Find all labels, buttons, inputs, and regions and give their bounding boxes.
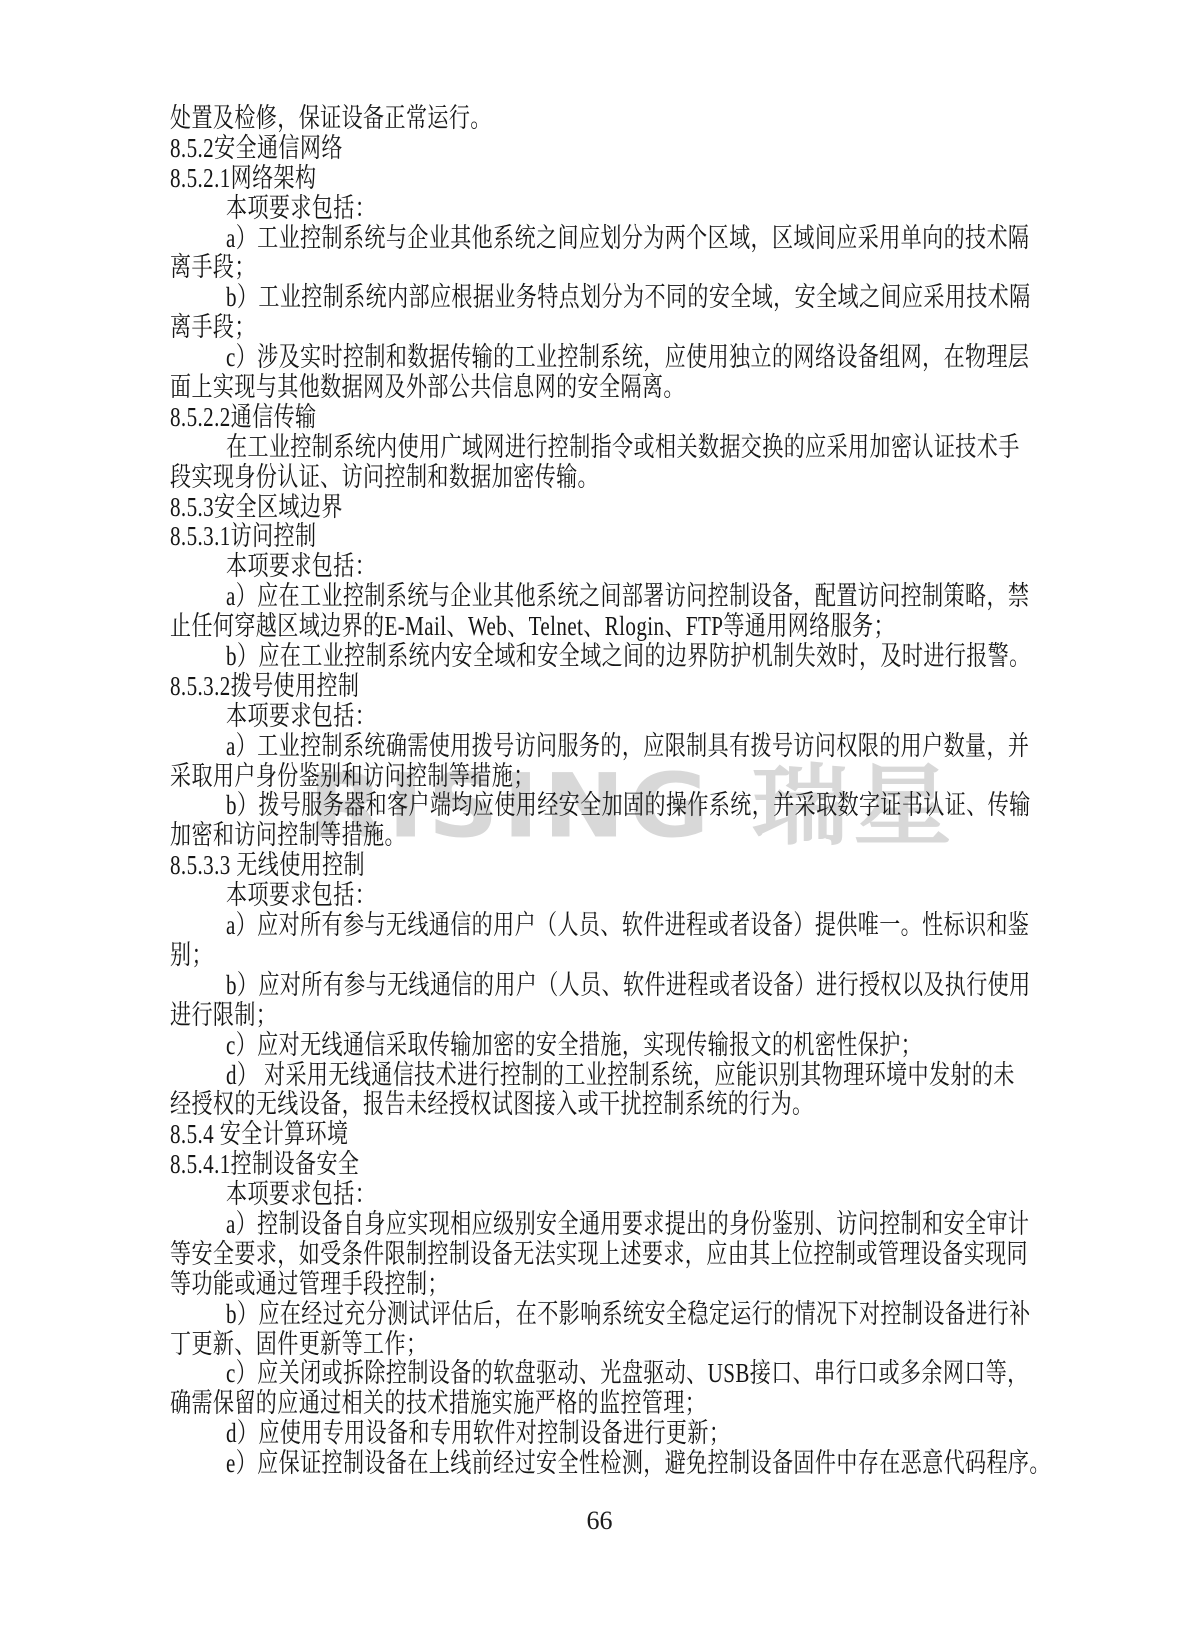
text-line: c）应对无线通信采取传输加密的安全措施，实现传输报文的机密性保护； (170, 1031, 1110, 1061)
text-line-content: c）应对无线通信采取传输加密的安全措施，实现传输报文的机密性保护； (226, 1031, 922, 1061)
text-line-content: 本项要求包括： (226, 881, 376, 911)
text-line-content: 经授权的无线设备，报告未经授权试图接入或干扰控制系统的行为。 (170, 1090, 814, 1120)
text-line-content: a）应在工业控制系统与企业其他系统之间部署访问控制设备，配置访问控制策略，禁 (226, 582, 1029, 612)
document-page: RISING 瑞星 处置及检修，保证设备正常运行。8.5.2安全通信网络8.5.… (0, 0, 1199, 1627)
text-line-content: b）应在经过充分测试评估后，在不影响系统安全稳定运行的情况下对控制设备进行补 (226, 1300, 1031, 1330)
text-line-content: 离手段； (170, 253, 256, 283)
text-line: a）应对所有参与无线通信的用户（人员、软件进程或者设备）提供唯一。性标识和鉴 (170, 911, 1110, 941)
text-line-content: a）控制设备自身应实现相应级别安全通用要求提出的身份鉴别、访问控制和安全审计 (226, 1210, 1029, 1240)
text-line-content: c）应关闭或拆除控制设备的软盘驱动、光盘驱动、USB接口、串行口或多余网口等， (226, 1359, 1029, 1389)
text-line-content: a）工业控制系统与企业其他系统之间应划分为两个区域，区域间应采用单向的技术隔 (226, 224, 1029, 254)
text-line-content: 采取用户身份鉴别和访问控制等措施； (170, 762, 535, 792)
text-line: 离手段； (170, 313, 1110, 343)
text-line: 8.5.4.1控制设备安全 (170, 1150, 1110, 1180)
text-line-content: d）应使用专用设备和专用软件对控制设备进行更新； (226, 1419, 730, 1449)
text-line-content: b）应对所有参与无线通信的用户（人员、软件进程或者设备）进行授权以及执行使用 (226, 971, 1031, 1001)
text-line-content: a）工业控制系统确需使用拨号访问服务的，应限制具有拨号访问权限的用户数量，并 (226, 732, 1029, 762)
text-line: 8.5.2.2通信传输 (170, 403, 1110, 433)
text-line: 本项要求包括： (170, 702, 1110, 732)
text-line: b）拨号服务器和客户端均应使用经安全加固的操作系统，并采取数字证书认证、传输 (170, 791, 1110, 821)
text-line-content: 进行限制； (170, 1001, 277, 1031)
page-number: 66 (0, 1506, 1199, 1536)
text-line-content: 确需保留的应通过相关的技术措施实施严格的监控管理； (170, 1389, 706, 1419)
text-line: 确需保留的应通过相关的技术措施实施严格的监控管理； (170, 1389, 1110, 1419)
text-line-content: 8.5.2.2通信传输 (170, 403, 316, 433)
text-line: b）工业控制系统内部应根据业务特点划分为不同的安全域，安全域之间应采用技术隔 (170, 283, 1110, 313)
text-line: 丁更新、固件更新等工作； (170, 1330, 1110, 1360)
text-line: 本项要求包括： (170, 1180, 1110, 1210)
text-line: b）应在经过充分测试评估后，在不影响系统安全稳定运行的情况下对控制设备进行补 (170, 1300, 1110, 1330)
text-line-content: 别； (170, 941, 213, 971)
text-line-content: 在工业控制系统内使用广域网进行控制指令或相关数据交换的应采用加密认证技术手 (226, 433, 1020, 463)
text-line: c）应关闭或拆除控制设备的软盘驱动、光盘驱动、USB接口、串行口或多余网口等， (170, 1359, 1110, 1389)
text-line: 8.5.3安全区域边界 (170, 493, 1110, 523)
text-line-content: 等功能或通过管理手段控制； (170, 1270, 449, 1300)
text-line: d）应使用专用设备和专用软件对控制设备进行更新； (170, 1419, 1110, 1449)
text-line: a）应在工业控制系统与企业其他系统之间部署访问控制设备，配置访问控制策略，禁 (170, 582, 1110, 612)
text-line-content: d） 对采用无线通信技术进行控制的工业控制系统，应能识别其物理环境中发射的未 (226, 1061, 1015, 1091)
text-line: 处置及检修，保证设备正常运行。 (170, 104, 1110, 134)
text-line: a）控制设备自身应实现相应级别安全通用要求提出的身份鉴别、访问控制和安全审计 (170, 1210, 1110, 1240)
text-line: 等功能或通过管理手段控制； (170, 1270, 1110, 1300)
text-line: d） 对采用无线通信技术进行控制的工业控制系统，应能识别其物理环境中发射的未 (170, 1061, 1110, 1091)
text-line: b）应对所有参与无线通信的用户（人员、软件进程或者设备）进行授权以及执行使用 (170, 971, 1110, 1001)
text-line: 8.5.2.1网络架构 (170, 164, 1110, 194)
text-line: 8.5.4 安全计算环境 (170, 1120, 1110, 1150)
text-line-content: e）应保证控制设备在上线前经过安全性检测，避免控制设备固件中存在恶意代码程序。 (226, 1449, 1051, 1479)
text-line: 8.5.3.2拨号使用控制 (170, 672, 1110, 702)
text-line-content: 本项要求包括： (226, 702, 376, 732)
text-line-content: 止任何穿越区域边界的E-Mail、Web、Telnet、Rlogin、FTP等通… (170, 612, 895, 642)
text-line: a）工业控制系统与企业其他系统之间应划分为两个区域，区域间应采用单向的技术隔 (170, 224, 1110, 254)
text-line-content: 本项要求包括： (226, 1180, 376, 1210)
text-line-content: 8.5.4 安全计算环境 (170, 1120, 348, 1150)
text-line: 本项要求包括： (170, 881, 1110, 911)
text-line: 进行限制； (170, 1001, 1110, 1031)
text-line: 段实现身份认证、访问控制和数据加密传输。 (170, 463, 1110, 493)
text-line: 别； (170, 941, 1110, 971)
text-line-content: 处置及检修，保证设备正常运行。 (170, 104, 492, 134)
text-line: 止任何穿越区域边界的E-Mail、Web、Telnet、Rlogin、FTP等通… (170, 612, 1110, 642)
text-line-content: 加密和访问控制等措施。 (170, 821, 406, 851)
text-line-content: 离手段； (170, 313, 256, 343)
text-line-content: 8.5.3.3 无线使用控制 (170, 851, 365, 881)
text-line-content: a）应对所有参与无线通信的用户（人员、软件进程或者设备）提供唯一。性标识和鉴 (226, 911, 1029, 941)
text-line-content: 段实现身份认证、访问控制和数据加密传输。 (170, 463, 599, 493)
text-line-content: 8.5.3安全区域边界 (170, 493, 343, 523)
text-line: e）应保证控制设备在上线前经过安全性检测，避免控制设备固件中存在恶意代码程序。 (170, 1449, 1110, 1479)
text-line-content: 8.5.3.1访问控制 (170, 522, 316, 552)
text-line-content: 面上实现与其他数据网及外部公共信息网的安全隔离。 (170, 373, 685, 403)
text-line-content: 本项要求包括： (226, 552, 376, 582)
text-lines: 处置及检修，保证设备正常运行。8.5.2安全通信网络8.5.2.1网络架构本项要… (170, 104, 1110, 1479)
text-line-content: c）涉及实时控制和数据传输的工业控制系统，应使用独立的网络设备组网，在物理层 (226, 343, 1029, 373)
text-line: 8.5.3.3 无线使用控制 (170, 851, 1110, 881)
text-line-content: 等安全要求，如受条件限制控制设备无法实现上述要求，应由其上位控制或管理设备实现同 (170, 1240, 1028, 1270)
text-line: 在工业控制系统内使用广域网进行控制指令或相关数据交换的应采用加密认证技术手 (170, 433, 1110, 463)
text-line: 加密和访问控制等措施。 (170, 821, 1110, 851)
text-line: 本项要求包括： (170, 194, 1110, 224)
text-line-content: 8.5.4.1控制设备安全 (170, 1150, 359, 1180)
text-line: 8.5.3.1访问控制 (170, 522, 1110, 552)
text-line-content: b）工业控制系统内部应根据业务特点划分为不同的安全域，安全域之间应采用技术隔 (226, 283, 1031, 313)
text-line: 本项要求包括： (170, 552, 1110, 582)
text-line-content: b）拨号服务器和客户端均应使用经安全加固的操作系统，并采取数字证书认证、传输 (226, 791, 1031, 821)
text-line: 面上实现与其他数据网及外部公共信息网的安全隔离。 (170, 373, 1110, 403)
text-line: b）应在工业控制系统内安全域和安全域之间的边界防护机制失效时，及时进行报警。 (170, 642, 1110, 672)
text-line-content: 8.5.3.2拨号使用控制 (170, 672, 359, 702)
text-line: 等安全要求，如受条件限制控制设备无法实现上述要求，应由其上位控制或管理设备实现同 (170, 1240, 1110, 1270)
text-line-content: 8.5.2.1网络架构 (170, 164, 316, 194)
text-line: 8.5.2安全通信网络 (170, 134, 1110, 164)
text-line-content: 本项要求包括： (226, 194, 376, 224)
text-line: a）工业控制系统确需使用拨号访问服务的，应限制具有拨号访问权限的用户数量，并 (170, 732, 1110, 762)
text-line-content: b）应在工业控制系统内安全域和安全域之间的边界防护机制失效时，及时进行报警。 (226, 642, 1031, 672)
text-line: 经授权的无线设备，报告未经授权试图接入或干扰控制系统的行为。 (170, 1090, 1110, 1120)
text-line-content: 8.5.2安全通信网络 (170, 134, 343, 164)
text-line: c）涉及实时控制和数据传输的工业控制系统，应使用独立的网络设备组网，在物理层 (170, 343, 1110, 373)
text-line-content: 丁更新、固件更新等工作； (170, 1330, 427, 1360)
text-line: 离手段； (170, 253, 1110, 283)
text-line: 采取用户身份鉴别和访问控制等措施； (170, 762, 1110, 792)
